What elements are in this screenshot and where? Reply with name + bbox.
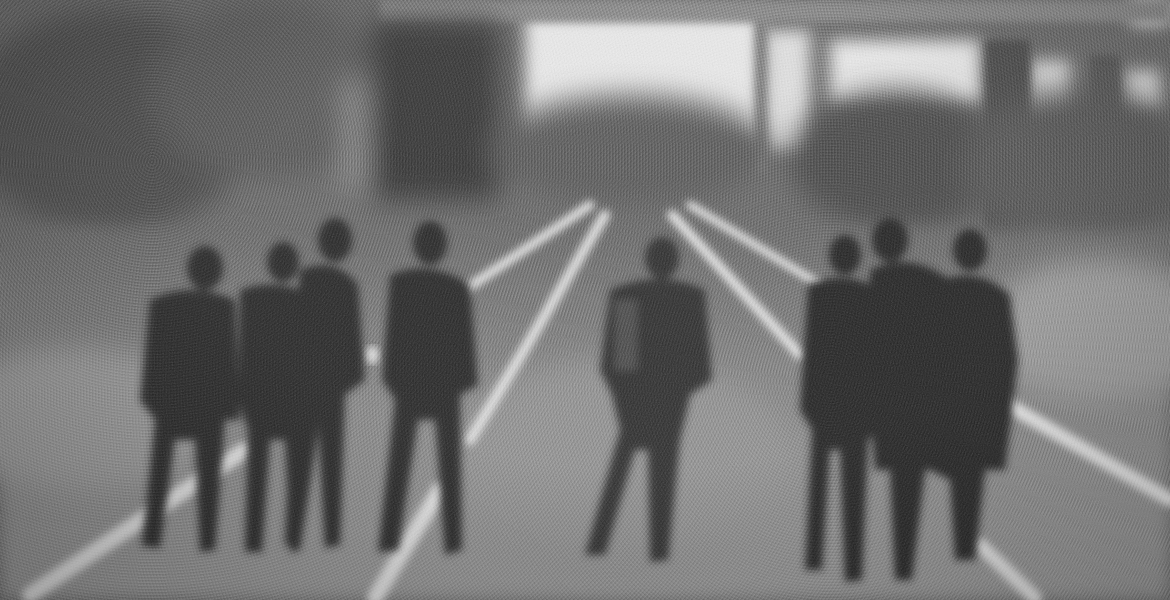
railway-scene — [0, 0, 1170, 600]
photograph — [0, 0, 1170, 600]
film-grain — [0, 0, 1170, 600]
